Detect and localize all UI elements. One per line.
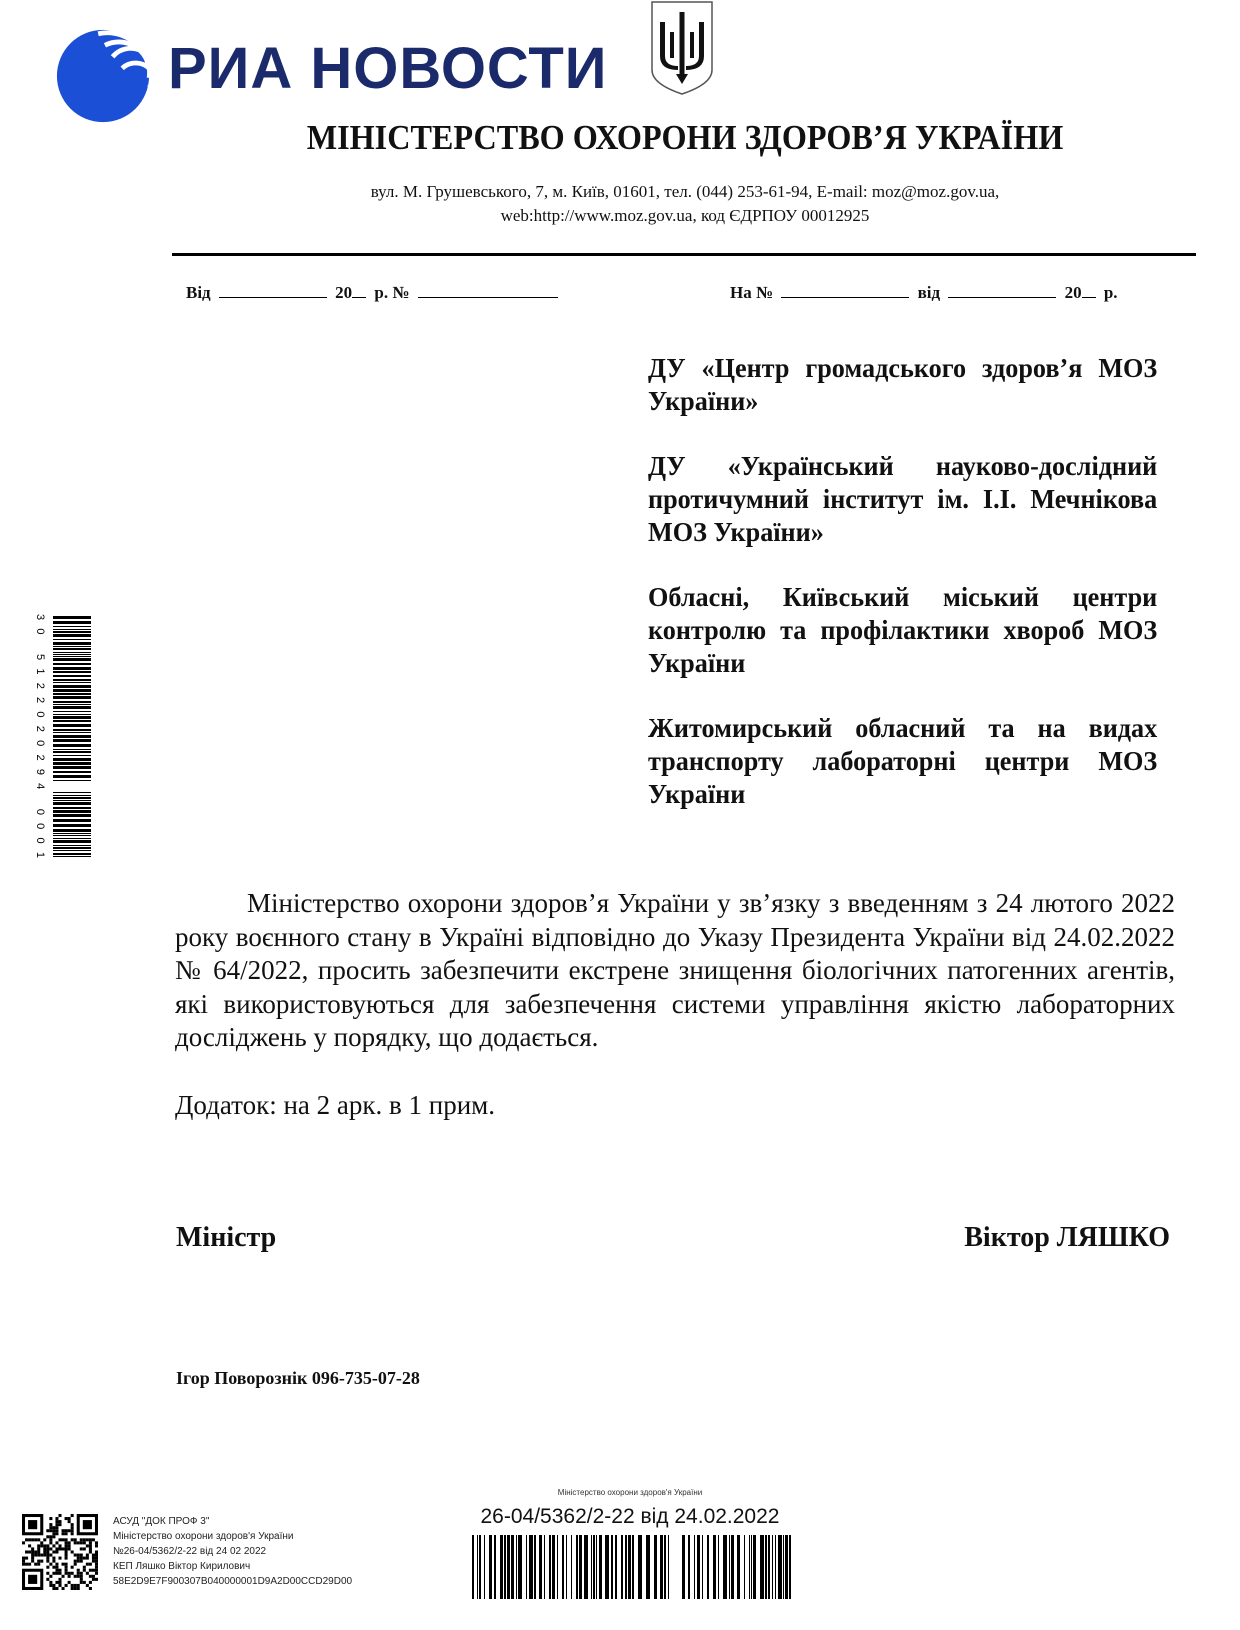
ministry-address: вул. М. Грушевського, 7, м. Київ, 01601,… [0,182,1240,202]
ria-novosti-globe-icon [55,28,151,124]
recipient: Обласні, Київський міський центри контро… [648,581,1157,680]
signer-title: Міністр [176,1222,276,1254]
year-blank [352,283,366,298]
year-prefix: 20 [335,283,352,302]
side-barcode: 30 5122020294 0001 [33,612,93,862]
ministry-web-code: web:http://www.moz.gov.ua, код ЄДРПОУ 00… [0,206,1240,226]
header-divider [172,253,1196,256]
ria-novosti-watermark: РИА НОВОСТИ [168,40,608,98]
reply-date-blank [948,283,1056,298]
reply-year-prefix: 20 [1065,283,1082,302]
reply-from-label: від [918,283,941,302]
recipient: ДУ «Центр громадського здоров’я МОЗ Укра… [648,352,1157,418]
barcode-org-label: Міністерство охорони здоров'я України [470,1488,790,1497]
registration-barcode [468,1535,796,1599]
ministry-title: МІНІСТЕРСТВО ОХОРОНИ ЗДОРОВ’Я УКРАЇНИ [55,118,1196,158]
body-paragraph: Міністерство охорони здоров’я України у … [175,887,1175,1055]
incoming-reference: На № від 20 р. [730,283,1118,303]
stamp-org: Міністерство охорони здоров'я України [113,1529,352,1544]
stamp-signer: КЕП Ляшко Віктор Кирилович [113,1559,352,1574]
ukraine-trident-emblem-icon [648,0,716,96]
reply-number-blank [781,283,909,298]
reply-year-blank [1082,283,1096,298]
outgoing-registration: Від 20 р. № [186,283,562,303]
number-blank [418,283,558,298]
recipients-block: ДУ «Центр громадського здоров’я МОЗ Укра… [648,352,1173,843]
stamp-reg-number: №26-04/5362/2-22 від 24 02 2022 [113,1544,352,1559]
reply-year-suffix: р. [1104,283,1118,302]
stamp-cert-id: 58E2D9E7F900307B040000001D9A2D00CCD29D00 [113,1574,352,1589]
number-label: р. № [374,283,409,302]
signer-name: Віктор ЛЯШКО [964,1222,1170,1254]
reply-number-label: На № [730,283,773,302]
svg-text:30 5122020294 0001: 30 5122020294 0001 [34,614,46,858]
from-label: Від [186,283,211,302]
recipient: ДУ «Український науково-дослідний протич… [648,450,1157,549]
letter-body: Міністерство охорони здоров’я України у … [175,887,1175,1055]
e-signature-stamp: АСУД "ДОК ПРОФ 3" Міністерство охорони з… [113,1514,352,1589]
date-blank [219,283,327,298]
attachment-note: Додаток: на 2 арк. в 1 прим. [175,1090,495,1121]
stamp-system: АСУД "ДОК ПРОФ 3" [113,1514,352,1529]
qr-code-icon [22,1512,98,1592]
barcode-reg-number: 26-04/5362/2-22 від 24.02.2022 [455,1505,805,1529]
recipient: Житомирський обласний та на видах трансп… [648,712,1157,811]
executor-contact: Ігор Поворознік 096-735-07-28 [176,1368,420,1389]
